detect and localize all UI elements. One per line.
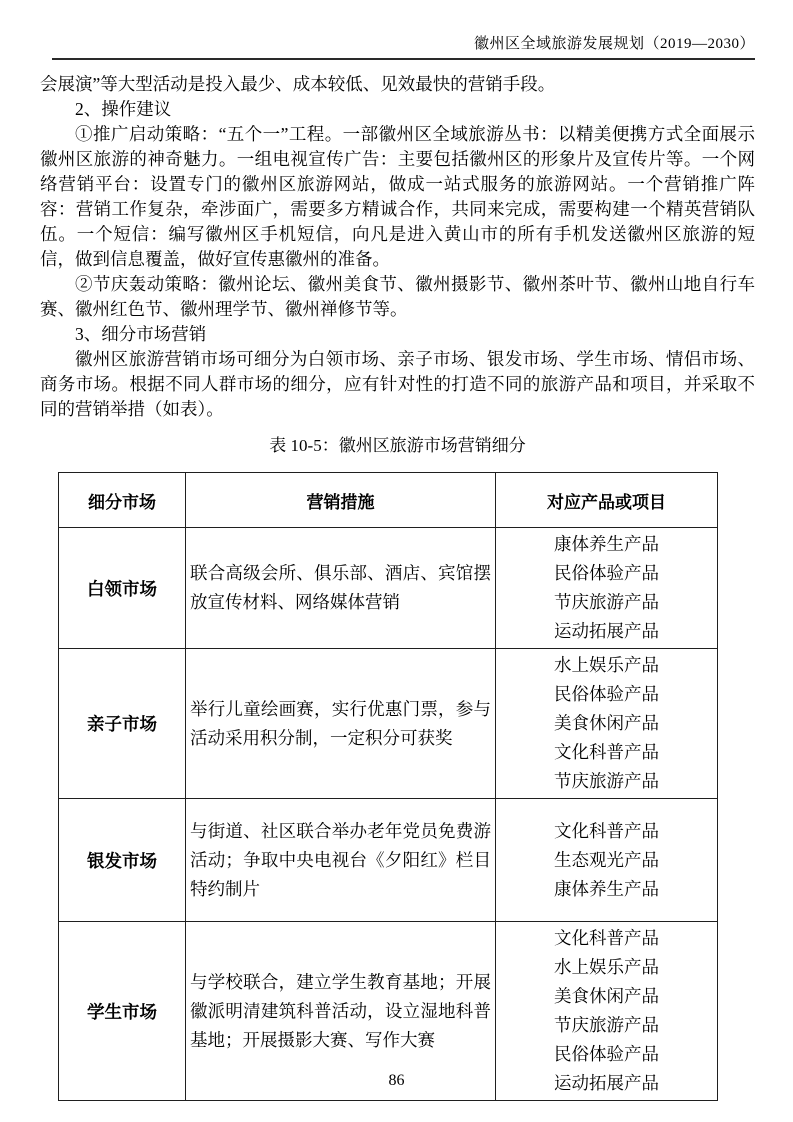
paragraph-1: 会展演”等大型活动是投入最少、成本较低、见效最快的营销手段。 <box>40 72 755 97</box>
table-row: 银发市场与街道、社区联合举办老年党员免费游活动；争取中央电视台《夕阳红》栏目特约… <box>59 799 718 922</box>
market-cell: 亲子市场 <box>59 649 186 799</box>
product-item: 运动拓展产品 <box>496 617 717 646</box>
product-item: 文化科普产品 <box>496 924 717 953</box>
market-cell: 银发市场 <box>59 799 186 922</box>
header-title: 徽州区全域旅游发展规划（2019—2030） <box>474 36 755 52</box>
measures-cell: 与街道、社区联合举办老年党员免费游活动；争取中央电视台《夕阳红》栏目特约制片 <box>186 799 496 922</box>
marketing-table: 细分市场营销措施对应产品或项目 白领市场联合高级会所、俱乐部、酒店、宾馆摆放宣传… <box>58 472 718 1101</box>
paragraph-4: ②节庆轰动策略：徽州论坛、徽州美食节、徽州摄影节、徽州茶叶节、徽州山地自行车赛、… <box>40 272 755 322</box>
product-item: 民俗体验产品 <box>496 559 717 588</box>
column-header-3: 对应产品或项目 <box>496 473 718 528</box>
table-header-row: 细分市场营销措施对应产品或项目 <box>59 473 718 528</box>
column-header-2: 营销措施 <box>186 473 496 528</box>
paragraph-5: 3、细分市场营销 <box>40 322 755 347</box>
header-rule <box>52 58 755 60</box>
measures-cell: 联合高级会所、俱乐部、酒店、宾馆摆放宣传材料、网络媒体营销 <box>186 528 496 649</box>
products-cell: 文化科普产品生态观光产品康体养生产品 <box>496 799 718 922</box>
product-item: 文化科普产品 <box>496 738 717 767</box>
paragraph-3: ①推广启动策略：“五个一”工程。一部徽州区全域旅游丛书：以精美便携方式全面展示徽… <box>40 122 755 272</box>
document-page: 徽州区全域旅游发展规划（2019—2030） 会展演”等大型活动是投入最少、成本… <box>0 0 793 1122</box>
product-item: 节庆旅游产品 <box>496 588 717 617</box>
product-item: 美食休闲产品 <box>496 982 717 1011</box>
product-item: 康体养生产品 <box>496 530 717 559</box>
paragraph-6: 徽州区旅游营销市场可细分为白领市场、亲子市场、银发市场、学生市场、情侣市场、商务… <box>40 347 755 422</box>
column-header-1: 细分市场 <box>59 473 186 528</box>
products-cell: 水上娱乐产品民俗体验产品美食休闲产品文化科普产品节庆旅游产品 <box>496 649 718 799</box>
measures-cell: 举行儿童绘画赛，实行优惠门票，参与活动采用积分制，一定积分可获奖 <box>186 649 496 799</box>
product-item: 节庆旅游产品 <box>496 1011 717 1040</box>
table-caption: 表 10-5：徽州区旅游市场营销细分 <box>40 431 755 456</box>
table-row: 亲子市场举行儿童绘画赛，实行优惠门票，参与活动采用积分制，一定积分可获奖水上娱乐… <box>59 649 718 799</box>
product-item: 美食休闲产品 <box>496 709 717 738</box>
product-item: 节庆旅游产品 <box>496 767 717 796</box>
product-item: 康体养生产品 <box>496 875 717 904</box>
body-content: 会展演”等大型活动是投入最少、成本较低、见效最快的营销手段。2、操作建议①推广启… <box>40 72 755 422</box>
page-header: 徽州区全域旅游发展规划（2019—2030） <box>40 34 755 54</box>
products-cell: 康体养生产品民俗体验产品节庆旅游产品运动拓展产品 <box>496 528 718 649</box>
product-item: 民俗体验产品 <box>496 1040 717 1069</box>
product-item: 文化科普产品 <box>496 817 717 846</box>
table-row: 白领市场联合高级会所、俱乐部、酒店、宾馆摆放宣传材料、网络媒体营销康体养生产品民… <box>59 528 718 649</box>
product-item: 水上娱乐产品 <box>496 953 717 982</box>
paragraph-2: 2、操作建议 <box>40 97 755 122</box>
page-number: 86 <box>0 1072 793 1090</box>
market-cell: 白领市场 <box>59 528 186 649</box>
product-item: 生态观光产品 <box>496 846 717 875</box>
product-item: 水上娱乐产品 <box>496 651 717 680</box>
product-item: 民俗体验产品 <box>496 680 717 709</box>
